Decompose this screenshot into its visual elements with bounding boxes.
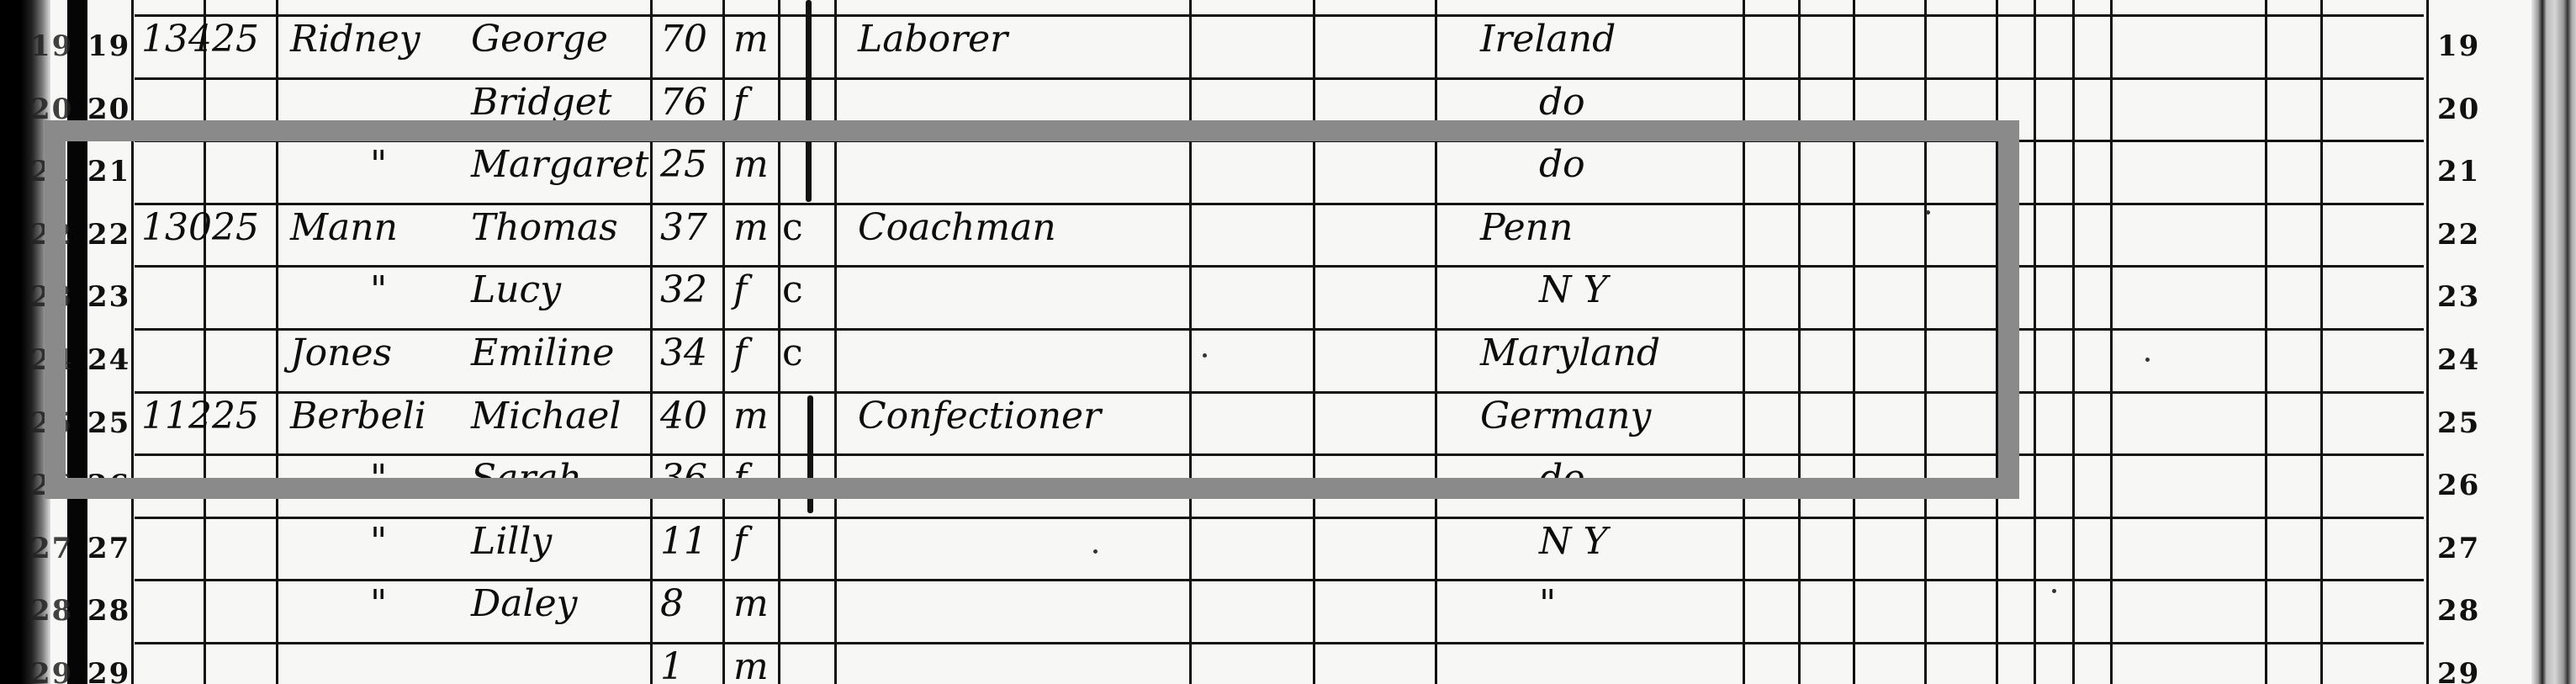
- row-number-left: 29: [87, 657, 130, 684]
- age: 70: [660, 21, 707, 58]
- row-divider: [135, 642, 2424, 644]
- paper-speck: [2052, 589, 2056, 593]
- sex: f: [733, 523, 747, 560]
- row-number-left: 19: [87, 29, 130, 63]
- age: 1: [660, 649, 684, 684]
- row-number-left: 28: [87, 594, 130, 628]
- given-name: Daley: [471, 586, 577, 623]
- row-number-right: 22: [2437, 218, 2480, 252]
- row-number-right: 24: [2437, 343, 2480, 377]
- row-number-right: 29: [2437, 657, 2480, 684]
- column-divider: [2034, 0, 2036, 684]
- row-divider: [135, 77, 2424, 80]
- row-divider: [135, 579, 2424, 581]
- column-divider: [2426, 0, 2429, 684]
- surname: ": [370, 586, 387, 623]
- row-number-ghost: 19: [30, 29, 73, 63]
- birthplace: Ireland: [1480, 21, 1616, 58]
- paper-speck: [2145, 358, 2150, 362]
- row-number-right: 19: [2437, 29, 2480, 63]
- age: 11: [660, 523, 707, 560]
- sex: f: [733, 84, 747, 121]
- column-divider: [2072, 0, 2075, 684]
- census-page: 1920212223242526272829 19202122232425262…: [0, 0, 2576, 684]
- column-divider: [2320, 0, 2323, 684]
- birthplace: do: [1539, 84, 1585, 121]
- paper-speck: [1093, 549, 1098, 554]
- surname: ": [370, 523, 387, 560]
- row-number-ghost: 27: [30, 532, 73, 565]
- row-number-right: 27: [2437, 532, 2480, 565]
- given-name: George: [471, 21, 608, 58]
- row-number-right: 28: [2437, 594, 2480, 628]
- row-number-left: 27: [87, 532, 130, 565]
- row-divider: [135, 517, 2424, 519]
- sex: m: [733, 586, 769, 623]
- column-divider: [2265, 0, 2267, 684]
- occupation: Laborer: [858, 21, 1008, 58]
- row-number-right: 20: [2437, 93, 2480, 126]
- row-number-ghost: 28: [30, 594, 73, 628]
- row-number-right: 23: [2437, 280, 2480, 314]
- surname: Ridney: [290, 21, 421, 58]
- row-number-right: 25: [2437, 406, 2480, 440]
- row-number-right: 26: [2437, 469, 2480, 502]
- row-number-right: 21: [2437, 155, 2480, 188]
- age: 76: [660, 84, 707, 121]
- selection-highlight-box: [45, 120, 2019, 499]
- right-page-edge: [2531, 0, 2576, 684]
- dwelling-number: 134: [141, 21, 212, 58]
- given-name: Bridget: [471, 84, 612, 121]
- sex: m: [733, 21, 769, 58]
- birthplace: N Y: [1539, 523, 1608, 560]
- column-divider: [2110, 0, 2113, 684]
- family-number: 25: [212, 21, 259, 58]
- given-name: Lilly: [471, 523, 552, 560]
- age: 8: [660, 586, 684, 623]
- birthplace: ": [1539, 586, 1556, 623]
- row-number-ghost: 29: [30, 657, 73, 684]
- row-divider: [135, 14, 2424, 17]
- sex: m: [733, 649, 769, 684]
